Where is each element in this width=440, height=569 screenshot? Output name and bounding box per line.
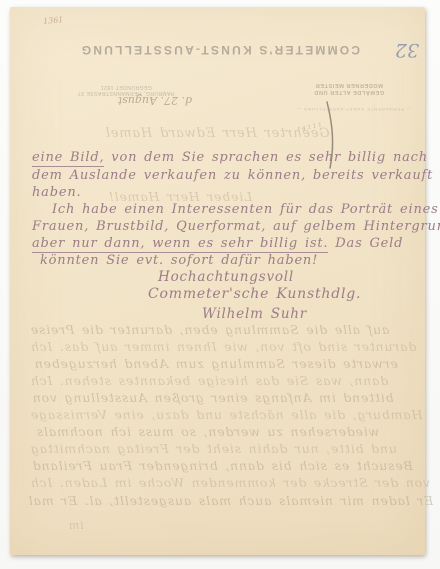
ghost-line: Hamburg, die alle nächste und dazu, eine… xyxy=(30,407,422,422)
ghost-line: darunter sind oft von, wie Ihnen immer a… xyxy=(30,339,416,354)
letter-line-text: von dem Sie sprachen es sehr billig nach xyxy=(104,150,428,165)
letterhead-subject-line3: — PERMANENTE KUNST-AUSSTELLUNG — xyxy=(309,107,411,112)
letter-page: 1361 COMMETER'S KUNST-AUSSTELLUNG 32 HAM… xyxy=(10,7,425,555)
ghost-line: Er laden mir niemals auch mals ausgestel… xyxy=(28,493,433,508)
scanned-letter-image: 1361 COMMETER'S KUNST-AUSSTELLUNG 32 HAM… xyxy=(0,0,440,569)
letterhead-subject-line1: GEMÄLDE ALTER UND xyxy=(293,88,405,95)
handwritten-date: d. 27. August xyxy=(74,94,192,107)
letter-line: eine Bild, von dem Sie sprachen es sehr … xyxy=(32,150,428,165)
letter-line: aber nur dann, wenn es sehr billig ist. … xyxy=(32,236,403,251)
firm-signature: Commeter'sche Kunsthdlg. xyxy=(148,286,361,302)
ghost-line: wiedersehen zu werden, so muss ich nochm… xyxy=(36,424,379,439)
personal-signature: Wilhelm Suhr xyxy=(202,306,307,322)
pencil-annotation: 1361 xyxy=(43,15,64,26)
ghost-line: und bitte, nur dahin sieht der Freitag n… xyxy=(30,441,397,456)
letter-line: Ich habe einen Interessenten für das Por… xyxy=(52,202,439,217)
letter-line: Frauen, Brustbild, Querformat, auf gelbe… xyxy=(32,219,440,234)
letter-underlined-segment: eine Bild, xyxy=(32,150,104,167)
ghost-line: auf alle die Sammlung eben, darunter die… xyxy=(30,322,389,337)
ghost-line: erwarte dieser Sammlung zum Abend herzug… xyxy=(34,356,398,371)
letterhead-title: COMMETER'S KUNST-AUSSTELLUNG xyxy=(88,43,360,57)
closing-formula: Hochachtungsvoll xyxy=(158,269,294,285)
letter-line-text: Das Geld xyxy=(328,236,403,251)
letter-underlined-segment: aber nur dann, wenn es sehr billig ist. xyxy=(32,236,328,253)
ghost-line: Besucht es sich bis dann, bringender Fra… xyxy=(32,458,413,473)
ghost-line: dann, was Sie das hiesige bekanntes steh… xyxy=(30,373,388,388)
ghost-line: von der Strecke der kommenden Woche im L… xyxy=(30,475,430,490)
letter-line: könnten Sie evt. sofort dafür haben! xyxy=(40,253,318,268)
page-number-note: 32 xyxy=(389,39,425,61)
letterhead-subject-line2: MODERNER MEISTER xyxy=(293,81,405,88)
ghost-bottom-mark: im xyxy=(68,519,84,532)
ghost-line: bittend im Anfangs einer großen Ausstell… xyxy=(32,390,394,405)
letterhead-subject-block: GEMÄLDE ALTER UND MODERNER MEISTER xyxy=(293,81,405,95)
letter-line: dem Auslande verkaufen zu können, bereit… xyxy=(32,168,433,183)
letter-line: haben. xyxy=(32,185,81,200)
ghost-line: Geehrter Herr Edward Hamel xyxy=(105,126,330,141)
